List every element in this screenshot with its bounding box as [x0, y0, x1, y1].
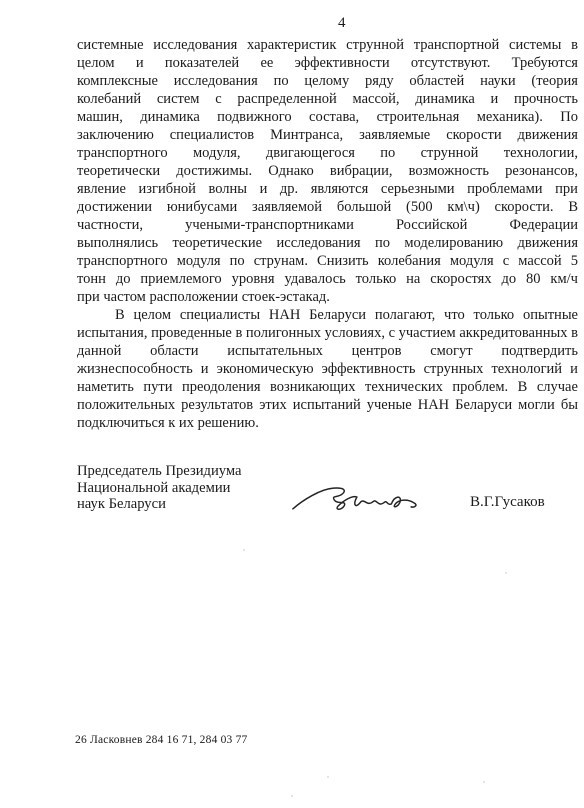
text-line: транспортногомодуляпострунам.Снизитьколе…	[77, 252, 578, 270]
document-body: системныеисследованияхарактеристикструнн…	[77, 36, 578, 432]
text-line: колебанийсистемсраспределенноймассой,дин…	[77, 90, 578, 108]
text-line: подключиться к их решению.	[77, 414, 578, 432]
text-line: заключениюспециалистовМинтранса,заявляем…	[77, 126, 578, 144]
scan-speck	[291, 795, 293, 797]
text-line: положительныхрезультатовэтихиспытанийуче…	[77, 396, 578, 414]
text-line: тонндоприемлемогоуровняудавалосьтолькона…	[77, 270, 578, 288]
text-line: выполнялисьтеоретическиеисследованияпомо…	[77, 234, 578, 252]
text-line: при частом расположении стоек-эстакад.	[77, 288, 578, 306]
paragraph: системныеисследованияхарактеристикструнн…	[77, 36, 578, 306]
text-line: теоретическидостижимы.Однаковибрации,воз…	[77, 162, 578, 180]
page-number: 4	[338, 15, 346, 32]
handwritten-signature-icon	[289, 481, 419, 517]
text-line: транспортногомодуля,двигающегосяпострунн…	[77, 144, 578, 162]
scan-speck	[505, 572, 507, 574]
text-line: целомипоказателейееэффективностиотсутств…	[77, 54, 578, 72]
signatory-title-line: наук Беларуси	[77, 496, 241, 513]
text-line: комплексныеисследованияпоцеломурядуоблас…	[77, 72, 578, 90]
signatory-title-line: Национальной академии	[77, 480, 241, 497]
scan-speck	[243, 549, 245, 551]
text-line: испытания,проведенныевполигонныхусловиях…	[77, 324, 578, 342]
text-line: наметитьпутипреодолениявозникающихтехнич…	[77, 378, 578, 396]
text-line: даннойобластииспытательныхцентровсмогутп…	[77, 342, 578, 360]
footer-contact: 26 Ласковнев 284 16 71, 284 03 77	[75, 734, 247, 746]
text-line: жизнеспособностьиэкономическуюэффективно…	[77, 360, 578, 378]
text-line: явлениеизгибнойволныидр.являютсясерьезны…	[77, 180, 578, 198]
text-line: машин,динамикаподвижногосостава,строител…	[77, 108, 578, 126]
scan-speck	[327, 776, 329, 778]
paragraph: ВцеломспециалистыНАНБеларусиполагают,что…	[77, 306, 578, 432]
scan-speck	[483, 781, 485, 783]
signatory-title: Председатель ПрезидиумаНациональной акад…	[77, 463, 241, 513]
text-line: достиженииюнибусамизаявляемойбольшой(500…	[77, 198, 578, 216]
scanned-document-page: 4 системныеисследованияхарактеристикстру…	[0, 0, 584, 808]
signatory-title-line: Председатель Президиума	[77, 463, 241, 480]
text-line: системныеисследованияхарактеристикструнн…	[77, 36, 578, 54]
signatory-name: В.Г.Гусаков	[470, 494, 545, 511]
text-line: ВцеломспециалистыНАНБеларусиполагают,что…	[77, 306, 578, 324]
text-line: частности,учеными-транспортникамиРоссийс…	[77, 216, 578, 234]
